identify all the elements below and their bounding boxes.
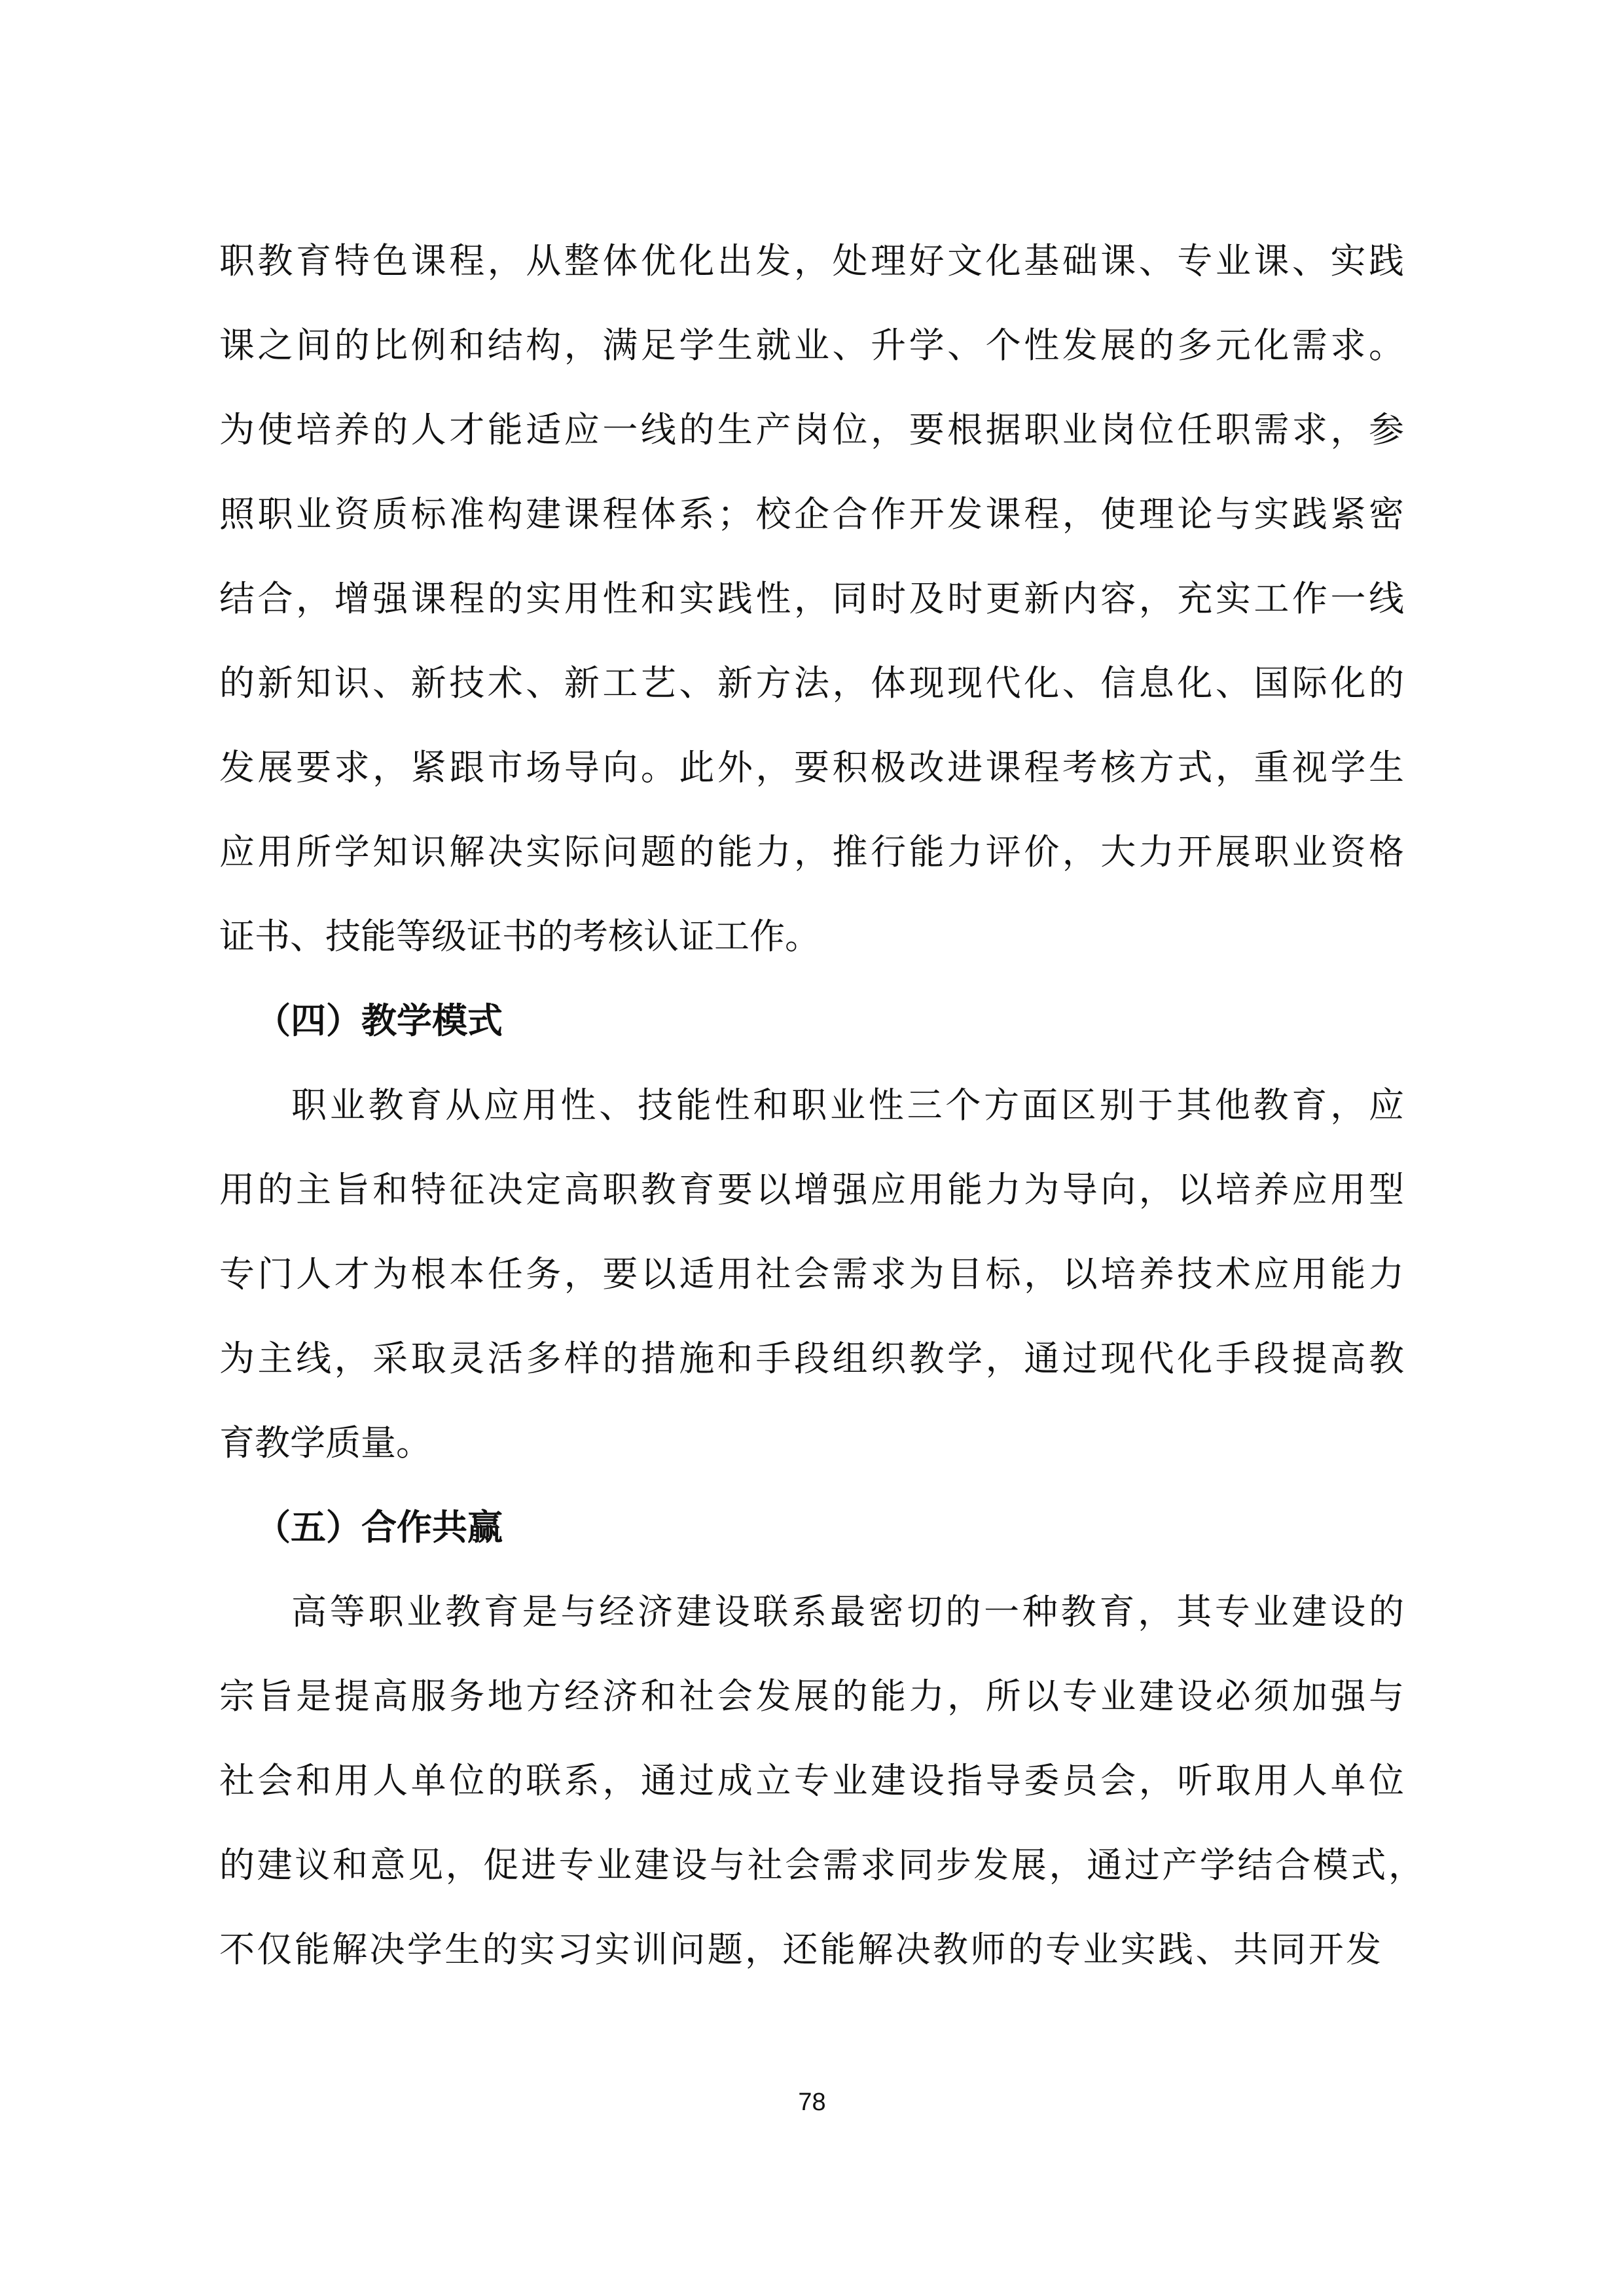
paragraph-line: 课之间的比例和结构，满足学生就业、升学、个性发展的多元化需求。 xyxy=(219,325,1404,367)
paragraph-line: 职业教育从应用性、技能性和职业性三个方面区别于其他教育，应 xyxy=(291,1085,1404,1126)
paragraph-line: 发展要求，紧跟市场导向。此外，要积极改进课程考核方式，重视学生 xyxy=(219,747,1404,789)
paragraph-line: 用的主旨和特征决定高职教育要以增强应用能力为导向，以培养应用型 xyxy=(219,1169,1404,1211)
paragraph-line: 职教育特色课程，从整体优化出发，处理好文化基础课、专业课、实践 xyxy=(219,240,1404,282)
paragraph-line: 社会和用人单位的联系，通过成立专业建设指导委员会，听取用人单位 xyxy=(219,1760,1404,1802)
paragraph-line: 为使培养的人才能适应一线的生产岗位，要根据职业岗位任职需求，参 xyxy=(219,409,1404,451)
paragraph-line: 宗旨是提高服务地方经济和社会发展的能力，所以专业建设必须加强与 xyxy=(219,1676,1404,1717)
section-heading: （五）合作共赢 xyxy=(255,1507,503,1549)
paragraph-line: 证书、技能等级证书的考核认证工作。 xyxy=(219,916,1404,958)
paragraph-line: 应用所学知识解决实际问题的能力，推行能力评价，大力开展职业资格 xyxy=(219,831,1404,873)
page-number: 78 xyxy=(0,2087,1624,2118)
section-heading: （四）教学模式 xyxy=(255,1000,503,1042)
document-page: 职教育特色课程，从整体优化出发，处理好文化基础课、专业课、实践 课之间的比例和结… xyxy=(0,0,1624,2296)
paragraph-line: 的新知识、新技术、新工艺、新方法，体现现代化、信息化、国际化的 xyxy=(219,662,1404,704)
paragraph-line: 为主线，采取灵活多样的措施和手段组织教学，通过现代化手段提高教 xyxy=(219,1338,1404,1380)
paragraph-line: 不仅能解决学生的实习实训问题，还能解决教师的专业实践、共同开发 xyxy=(219,1929,1381,1971)
paragraph-line: 的建议和意见，促进专业建设与社会需求同步发展，通过产学结合模式， xyxy=(219,1844,1424,1886)
paragraph-line: 照职业资质标准构建课程体系；校企合作开发课程，使理论与实践紧密 xyxy=(219,493,1404,535)
paragraph-line: 育教学质量。 xyxy=(219,1422,1404,1464)
paragraph-line: 结合，增强课程的实用性和实践性，同时及时更新内容，充实工作一线 xyxy=(219,578,1404,620)
paragraph-line: 专门人才为根本任务，要以适用社会需求为目标，以培养技术应用能力 xyxy=(219,1253,1404,1295)
paragraph-line: 高等职业教育是与经济建设联系最密切的一种教育，其专业建设的 xyxy=(291,1591,1404,1633)
